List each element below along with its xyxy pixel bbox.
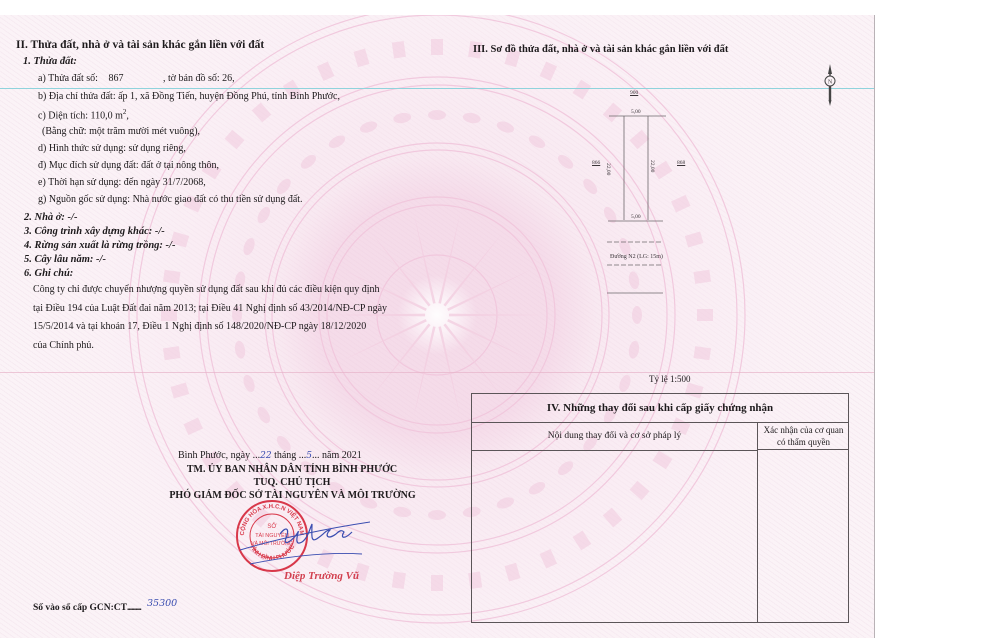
- issuing-org: TM. ỦY BAN NHÂN DÂN TỈNH BÌNH PHƯỚC: [172, 464, 412, 475]
- parcel-number-row: a) Thửa đất số: 867 , tờ bản đồ số: 26,: [38, 73, 235, 84]
- notes-heading: 6. Ghi chú:: [24, 268, 73, 279]
- handwritten-signature-icon: [240, 512, 370, 572]
- parcel-north-label: 900: [630, 90, 638, 96]
- usage-term: e) Thời hạn sử dụng: đến ngày 31/7/2068,: [38, 177, 206, 188]
- parcel-west-label: 866: [592, 160, 600, 166]
- parcel-number: 867: [100, 73, 160, 84]
- registry-label: Số vào sổ cấp GCN:CT: [33, 603, 127, 613]
- area-value: c) Diện tích: 110,0 m: [38, 110, 123, 121]
- place-date: Bình Phước, ngày ...22 tháng ...5... năm…: [178, 450, 408, 461]
- usage-purpose: đ) Mục đích sử dụng đất: đất ở tại nông …: [38, 160, 219, 171]
- perennial-trees-row: 5. Cây lâu năm: -/-: [24, 254, 106, 265]
- north-arrow-icon: N: [820, 62, 840, 108]
- left-edge-length: 22,00: [605, 163, 611, 175]
- area-suffix: ,: [126, 110, 129, 121]
- house-row: 2. Nhà ở: -/-: [24, 212, 77, 223]
- parcel-number-label: a) Thửa đất số:: [38, 73, 98, 84]
- column-header-confirmation-line2: có thẩm quyền: [758, 436, 849, 448]
- svg-text:N: N: [828, 80, 833, 86]
- confirmation-cell: [758, 451, 849, 623]
- top-edge-length: 5,00: [631, 109, 641, 115]
- notes-line: của Chính phủ.: [33, 340, 94, 351]
- dots: ...: [253, 450, 261, 461]
- section-2-title: II. Thửa đất, nhà ở và tài sản khác gắn …: [16, 39, 264, 51]
- parcel-east-label: 868: [677, 160, 685, 166]
- notes-line: tại Điều 194 của Luật Đất đai năm 2013; …: [33, 303, 387, 314]
- road-label: Đường N2 (LG: 15m): [610, 254, 663, 260]
- section-4-title: IV. Những thay đổi sau khi cấp giấy chứn…: [472, 394, 848, 423]
- bottom-edge-length: 5,00: [631, 214, 641, 220]
- signer-name: Diệp Trường Vũ: [284, 570, 359, 582]
- changes-content-cell: [472, 451, 757, 623]
- column-header-confirmation-line1: Xác nhận của cơ quan: [758, 424, 849, 436]
- plantation-forest-row: 4. Rừng sản xuất là rừng trồng: -/-: [24, 240, 175, 251]
- place-date-prefix: Bình Phước, ngày: [178, 450, 253, 461]
- parcel-diagram: [580, 85, 710, 300]
- map-sheet: , tờ bản đồ số: 26,: [163, 73, 235, 84]
- map-scale: Tỷ lệ 1:500: [649, 374, 691, 384]
- registry-number: 35300: [147, 598, 177, 609]
- parcel-address: b) Địa chỉ thửa đất: ấp 1, xã Đồng Tiến,…: [38, 91, 340, 102]
- scan-guide-line: [0, 372, 874, 373]
- section-3-title: III. Sơ đồ thửa đất, nhà ở và tài sản kh…: [473, 44, 728, 55]
- scan-guide-line: [0, 88, 874, 89]
- column-header-confirmation: Xác nhận của cơ quan có thẩm quyền: [757, 422, 849, 450]
- registry-number-row: Số vào sổ cấp GCN:CT..........: [33, 603, 141, 613]
- month-prefix: tháng: [272, 450, 299, 461]
- changes-table: IV. Những thay đổi sau khi cấp giấy chứn…: [471, 393, 849, 623]
- usage-form: d) Hình thức sử dụng: sử dụng riêng,: [38, 143, 186, 154]
- column-header-changes: Nội dung thay đổi và cơ sở pháp lý: [472, 422, 757, 451]
- land-heading: 1. Thửa đất:: [23, 56, 77, 67]
- other-works-row: 3. Công trình xây dựng khác: -/-: [24, 226, 165, 237]
- area-in-words: (Bằng chữ: một trăm mười mét vuông),: [42, 126, 200, 137]
- dots: ...: [312, 450, 320, 461]
- parcel-area: c) Diện tích: 110,0 m2,: [38, 108, 129, 121]
- land-origin: g) Nguồn gốc sử dụng: Nhà nước giao đất …: [38, 194, 303, 205]
- notes-line: 15/5/2014 và tại khoản 17, Điều 1 Nghị đ…: [33, 321, 366, 332]
- year-text: năm 2021: [320, 450, 362, 461]
- notes-line: Công ty chỉ được chuyển nhượng quyền sử …: [33, 284, 380, 295]
- registry-dots: ..........: [127, 603, 141, 613]
- right-edge-length: 22,00: [649, 160, 655, 172]
- handwritten-day: 22: [260, 451, 271, 461]
- on-behalf-of: TUQ. CHỦ TỊCH: [172, 477, 412, 488]
